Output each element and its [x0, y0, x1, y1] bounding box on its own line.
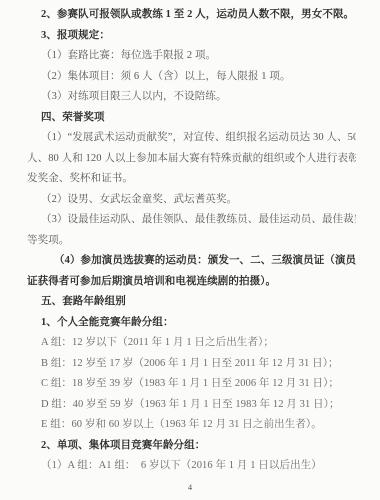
award-1-line-2: 人、80 人和 120 人以上参加本届大赛有特殊贡献的组织或个人进行表彰，颁	[27, 149, 356, 170]
entry-rule-2: （2）集体项目：须 6 人（含）以上，每人限报 1 项。	[27, 67, 356, 88]
award-3-line-2: 等奖项。	[27, 231, 356, 252]
heading-individual-allround-groups: 1、个人全能竞赛年龄分组：	[27, 313, 356, 334]
award-1-line-1: （1）“发展武术运动贡献奖”，对宣传、组织报名运动员达 30 人、50	[27, 128, 356, 149]
document-page: 2、参赛队可报领队或教练 1 至 2 人，运动员人数不限，男女不限。 3、报项规…	[0, 0, 380, 500]
award-2: （2）设男、女武坛金童奖、武坛耆英奖。	[27, 190, 356, 211]
rule-team-officials: 2、参赛队可报领队或教练 1 至 2 人，运动员人数不限，男女不限。	[27, 5, 356, 26]
award-1-line-3: 发奖金、奖杯和证书。	[27, 169, 356, 190]
award-3-line-1: （3）设最佳运动队、最佳领队、最佳教练员、最佳运动员、最佳裁判员	[27, 210, 356, 231]
award-4-line-1: （4）参加演员选拔赛的运动员：颁发一、二、三级演员证（演员	[27, 251, 356, 272]
heading-entry-rules: 3、报项规定：	[27, 26, 356, 47]
entry-rule-3: （3）对练项目限三人以内，不设陪练。	[27, 87, 356, 108]
event-age-group-a1: （1）A 组：A1 组： 6 岁以下（2016 年 1 月 1 日以后出生）	[27, 456, 356, 477]
age-group-e: E 组：60 岁和 60 岁以上（1963 年 12 月 31 日之前出生者）。	[27, 415, 356, 436]
award-4-line-2: 证获得者可参加后期演员培训和电视连续剧的拍摄）。	[27, 272, 356, 293]
age-group-c: C 组：18 岁至 39 岁（1983 年 1 月 1 日至 2006 年 12…	[27, 374, 356, 395]
heading-honor-awards: 四、荣誉奖项	[27, 108, 356, 129]
age-group-d: D 组：40 岁至 59 岁（1963 年 1 月 1 日至 1983 年 12…	[27, 395, 356, 416]
age-group-a: A 组：12 岁以下（2011 年 1 月 1 日之后出生者）；	[27, 333, 356, 354]
heading-age-groups: 五、套路年龄组别	[27, 292, 356, 313]
age-group-b: B 组：12 岁至 17 岁（2006 年 1 月 1 日至 2011 年 12…	[27, 354, 356, 375]
heading-event-age-groups: 2、单项、集体项目竞赛年龄分组：	[27, 436, 356, 457]
page-number: 4	[0, 482, 380, 492]
entry-rule-1: （1）套路比赛：每位选手限报 2 项。	[27, 46, 356, 67]
